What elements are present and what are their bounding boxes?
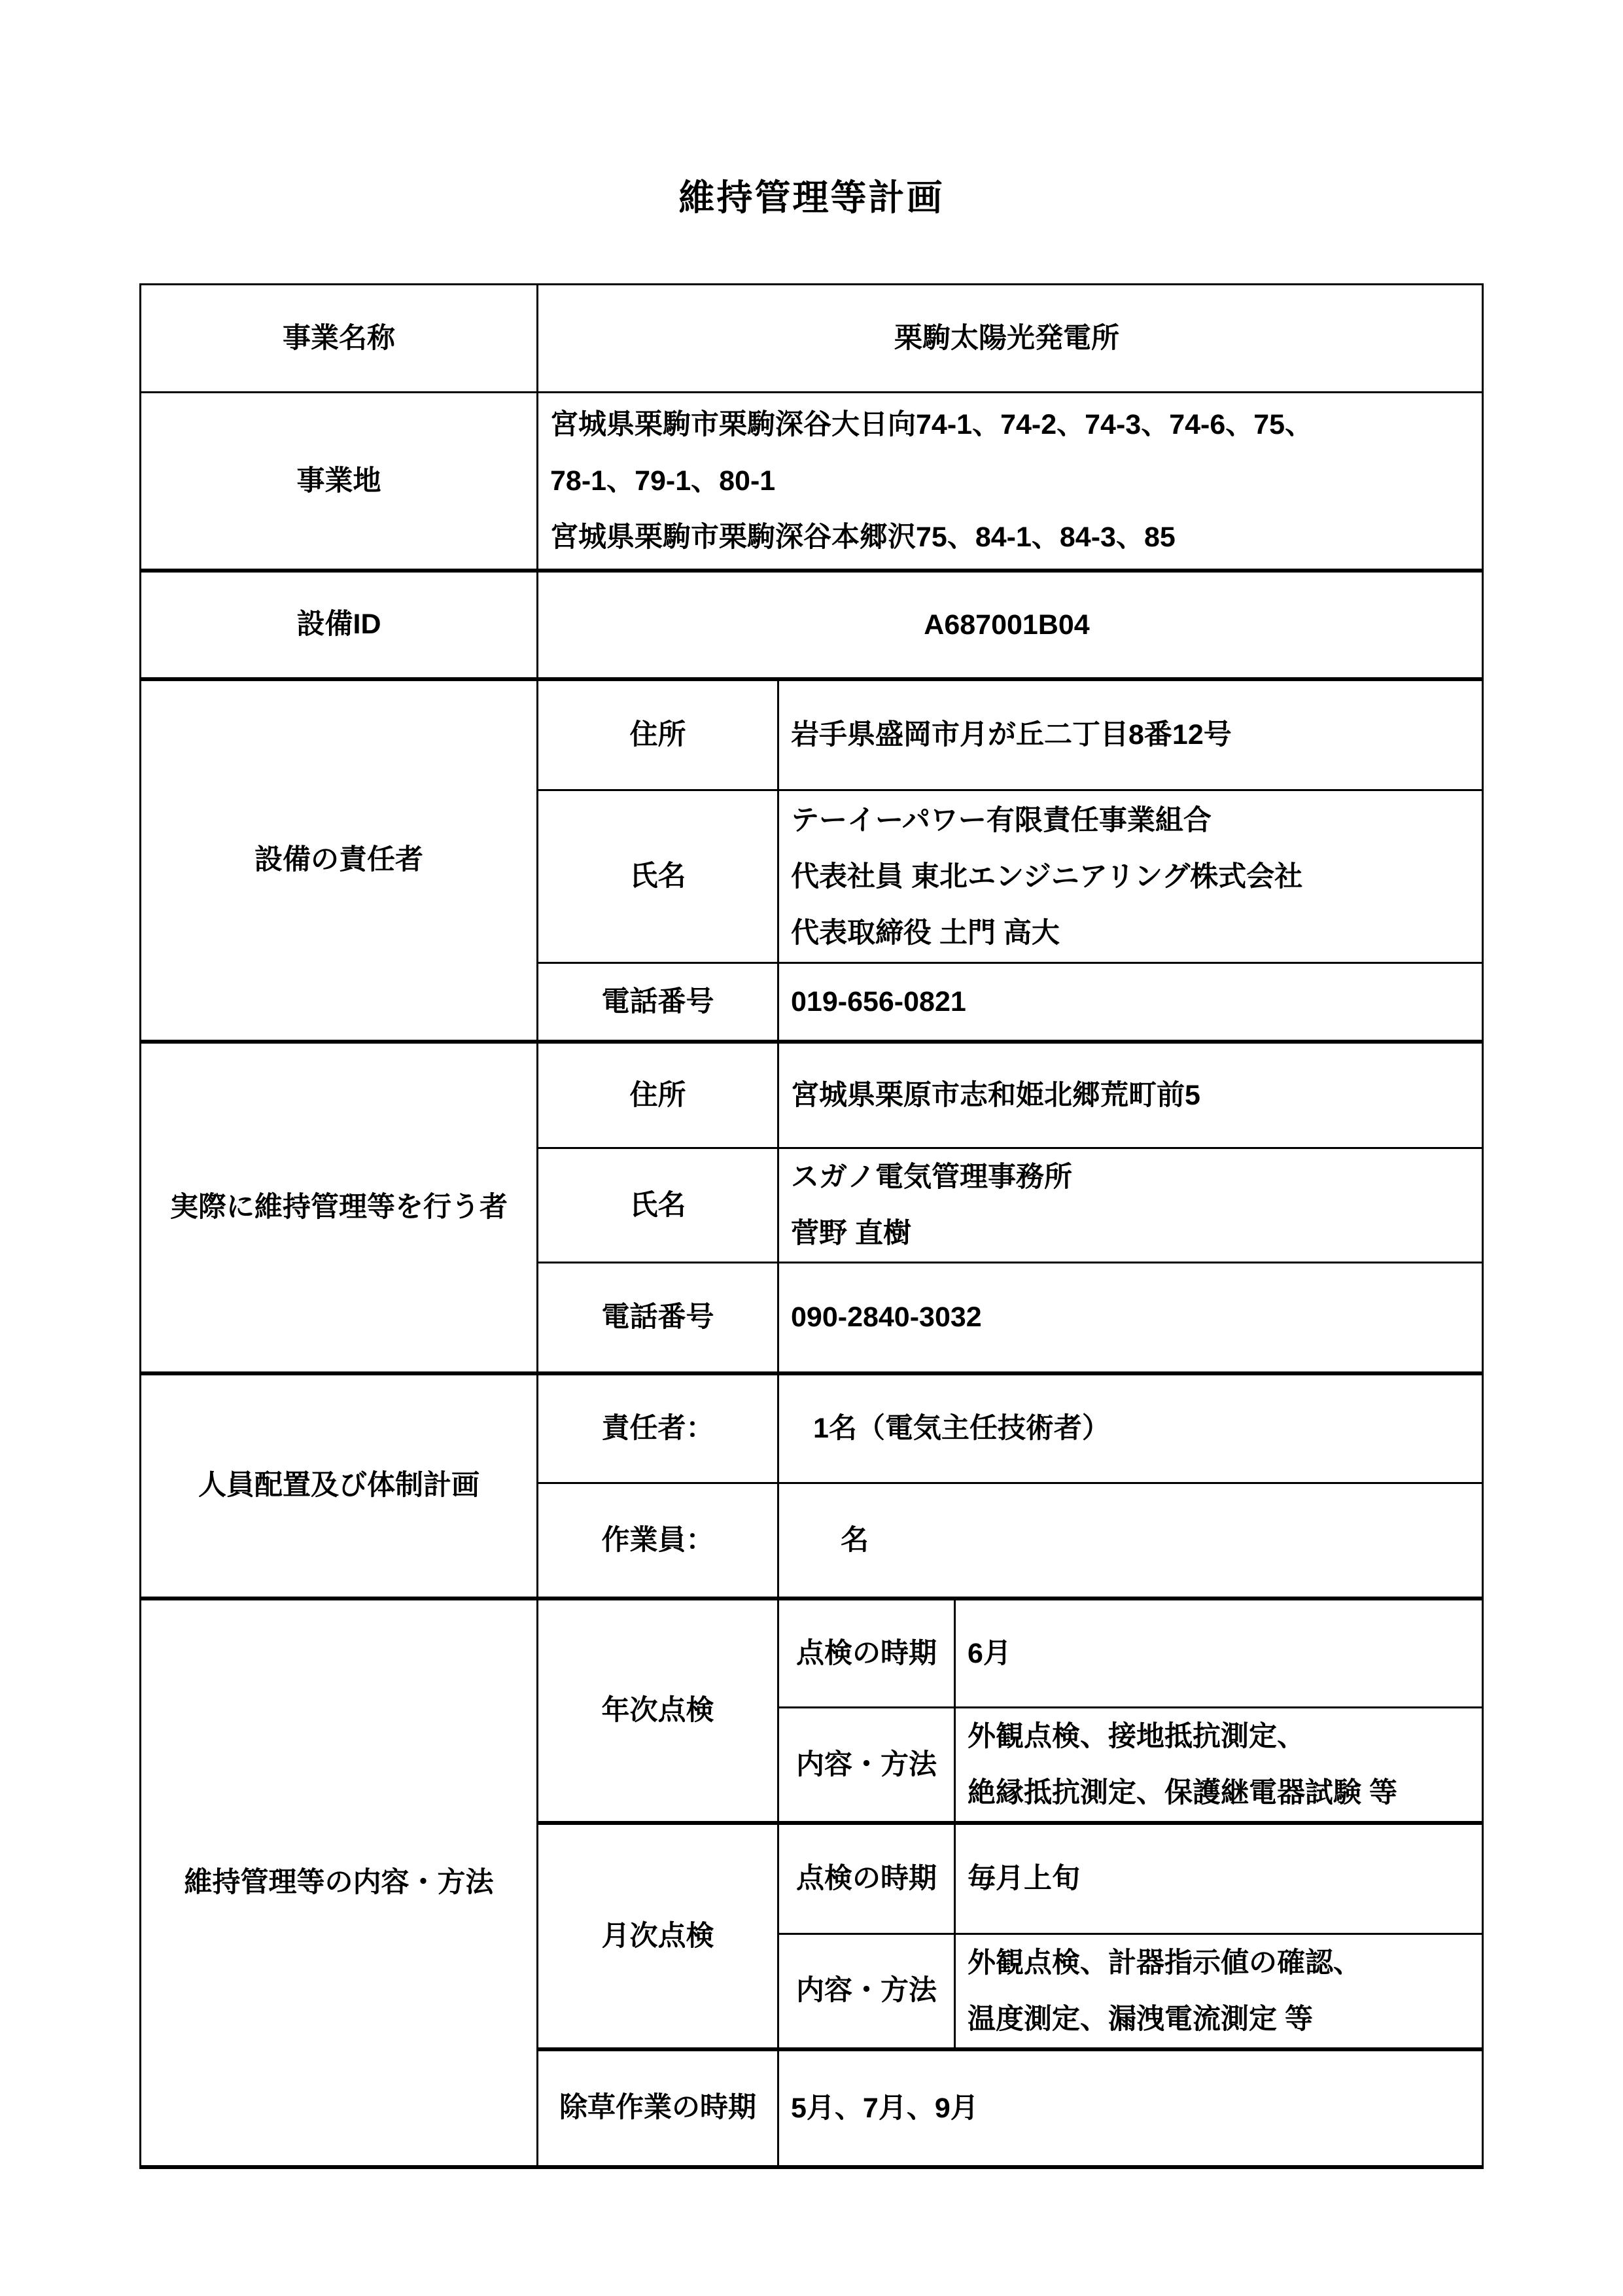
equipment-id-value: A687001B04 (538, 571, 1483, 679)
monthly-method-value: 外観点検、計器指示値の確認、 温度測定、漏洩電流測定 等 (955, 1934, 1483, 2049)
staffing-worker-label: 作業員： (538, 1483, 778, 1598)
monthly-timing-label: 点検の時期 (778, 1823, 955, 1934)
annual-method-value: 外観点検、接地抵抗測定、 絶縁抵抗測定、保護継電器試験 等 (955, 1708, 1483, 1824)
actual-maintainer-address-label: 住所 (538, 1042, 778, 1148)
equipment-manager-name-value: テーイーパワー有限責任事業組合 代表社員 東北エンジニアリング株式会社 代表取締… (778, 790, 1483, 963)
equipment-manager-name-label: 氏名 (538, 790, 778, 963)
equipment-manager-label: 設備の責任者 (141, 679, 538, 1042)
staffing-plan-label: 人員配置及び体制計画 (141, 1373, 538, 1598)
maintenance-plan-table: 事業名称 栗駒太陽光発電所 事業地 宮城県栗駒市栗駒深谷大日向74-1、74-2… (139, 283, 1484, 2169)
annual-timing-label: 点検の時期 (778, 1598, 955, 1708)
equipment-manager-phone-label: 電話番号 (538, 963, 778, 1042)
actual-maintainer-label: 実際に維持管理等を行う者 (141, 1042, 538, 1373)
maintenance-methods-label: 維持管理等の内容・方法 (141, 1598, 538, 2167)
business-name-value: 栗駒太陽光発電所 (538, 285, 1483, 393)
equipment-manager-address-label: 住所 (538, 679, 778, 790)
annual-method-label: 内容・方法 (778, 1708, 955, 1824)
actual-maintainer-address-value: 宮城県栗原市志和姫北郷荒町前5 (778, 1042, 1483, 1148)
business-site-label: 事業地 (141, 393, 538, 571)
monthly-method-label: 内容・方法 (778, 1934, 955, 2049)
monthly-timing-value: 毎月上旬 (955, 1823, 1483, 1934)
document-title: 維持管理等計画 (0, 0, 1623, 221)
weeding-timing-value: 5月、7月、9月 (778, 2049, 1483, 2167)
actual-maintainer-name-label: 氏名 (538, 1148, 778, 1263)
staffing-manager-value: 1名（電気主任技術者） (778, 1373, 1483, 1483)
monthly-inspection-label: 月次点検 (538, 1823, 778, 2049)
staffing-worker-value: 名 (778, 1483, 1483, 1598)
actual-maintainer-phone-value: 090-2840-3032 (778, 1263, 1483, 1373)
equipment-id-label: 設備ID (141, 571, 538, 679)
document-page: { "title": "維持管理等計画", "field_labels": { … (0, 0, 1623, 2296)
weeding-timing-label: 除草作業の時期 (538, 2049, 778, 2167)
equipment-manager-address-value: 岩手県盛岡市月が丘二丁目8番12号 (778, 679, 1483, 790)
equipment-manager-phone-value: 019-656-0821 (778, 963, 1483, 1042)
actual-maintainer-phone-label: 電話番号 (538, 1263, 778, 1373)
annual-inspection-label: 年次点検 (538, 1598, 778, 1824)
business-site-value: 宮城県栗駒市栗駒深谷大日向74-1、74-2、74-3、74-6、75、 78-… (538, 393, 1483, 571)
business-name-label: 事業名称 (141, 285, 538, 393)
staffing-manager-label: 責任者： (538, 1373, 778, 1483)
annual-timing-value: 6月 (955, 1598, 1483, 1708)
actual-maintainer-name-value: スガノ電気管理事務所 菅野 直樹 (778, 1148, 1483, 1263)
